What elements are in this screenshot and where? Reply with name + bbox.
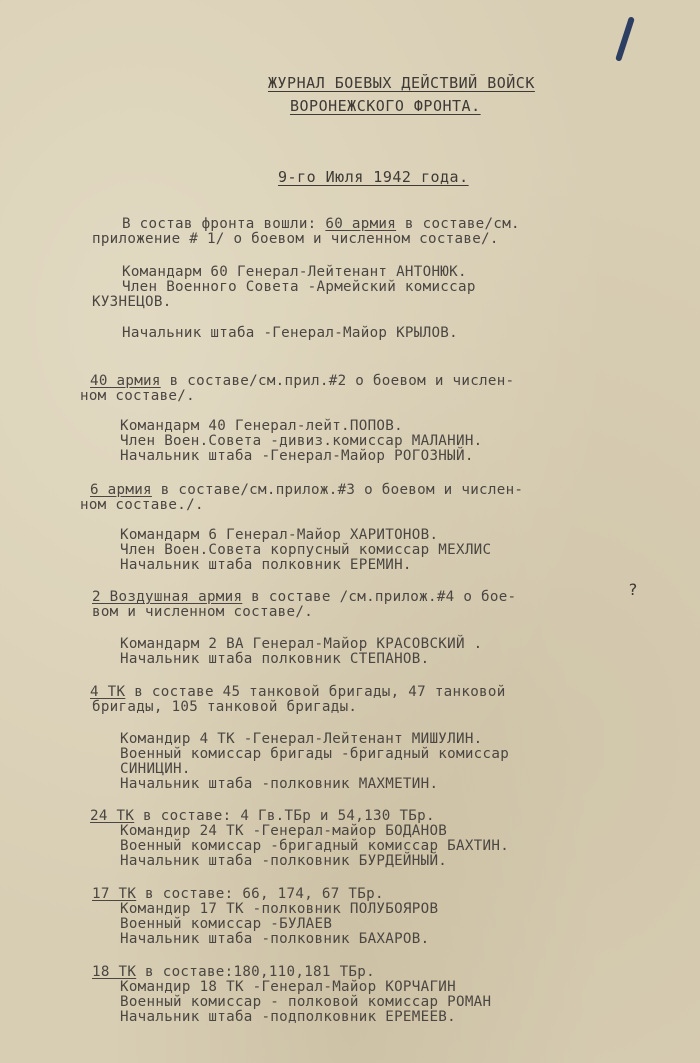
document-title-line1: ЖУРНАЛ БОЕВЫХ ДЕЙСТВИЙ ВОЙСК — [268, 74, 535, 92]
staff-line: Военный комиссар -бригадный комиссар БАХ… — [120, 838, 509, 854]
unit-heading-4-tk: 4 ТК в составе 45 танковой бригады, 47 т… — [90, 684, 506, 700]
staff-line: Военный комиссар -БУЛАЕВ — [120, 916, 332, 932]
staff-line: Командарм 6 Генерал-Майор ХАРИТОНОВ. — [120, 527, 438, 543]
document-title-line2: ВОРОНЕЖСКОГО ФРОНТА. — [290, 97, 481, 115]
staff-line: Член Военного Совета -Армейский комиссар — [122, 279, 476, 295]
staff-line: Член Воен.Совета корпусный комиссар МЕХЛ… — [120, 542, 491, 558]
unit-heading-continuation: ном составе/. — [80, 388, 195, 404]
pen-mark-corner — [615, 16, 635, 62]
unit-heading-6-army: 6 армия в составе/см.прилож.#3 о боевом … — [90, 482, 523, 498]
unit-heading-2-air-army: 2 Воздушная армия в составе /см.прилож.#… — [92, 589, 516, 605]
staff-line: СИНИЦИН. — [120, 761, 191, 777]
staff-line: Командир 24 ТК -Генерал-майор БОДАНОВ — [120, 823, 447, 839]
staff-line: Начальник штаба -полковник БАХАРОВ. — [120, 931, 429, 947]
unit-heading-continuation: вом и численном составе/. — [92, 604, 313, 620]
document-date: 9-го Июля 1942 года. — [278, 168, 469, 186]
staff-line: Военный комиссар бригады -бригадный коми… — [120, 746, 509, 762]
staff-line: Командир 18 ТК -Генерал-Майор КОРЧАГИН — [120, 979, 456, 995]
archival-document-page: ЖУРНАЛ БОЕВЫХ ДЕЙСТВИЙ ВОЙСК ВОРОНЕЖСКОГ… — [0, 0, 700, 1063]
staff-line: Командарм 60 Генерал-Лейтенант АНТОНЮК. — [122, 264, 467, 280]
unit-heading-continuation: ном составе./. — [80, 497, 204, 513]
staff-line: Начальник штаба полковник ЕРЕМИН. — [120, 557, 412, 573]
staff-line: Начальник штаба -полковник МАХМЕТИН. — [120, 776, 438, 792]
staff-line: Начальник штаба -Генерал-Майор РОГОЗНЫЙ. — [120, 448, 474, 464]
staff-line: Начальник штаба -Генерал-Майор КРЫЛОВ. — [122, 325, 458, 341]
intro-line-1: В состав фронта вошли: 60 армия в состав… — [122, 216, 520, 232]
staff-line: Военный комиссар - полковой комиссар РОМ… — [120, 994, 491, 1010]
unit-heading-40-army: 40 армия в составе/см.прил.#2 о боевом и… — [90, 373, 514, 389]
handwritten-question-mark: ? — [628, 580, 638, 599]
staff-line: Начальник штаба -подполковник ЕРЕМЕЕВ. — [120, 1009, 456, 1025]
unit-heading-17-tk: 17 ТК в составе: 66, 174, 67 ТБр. — [92, 886, 384, 902]
staff-line: Командарм 40 Генерал-лейт.ПОПОВ. — [120, 418, 403, 434]
staff-line: Начальник штаба -полковник БУРДЕЙНЫЙ. — [120, 853, 447, 869]
staff-line: КУЗНЕЦОВ. — [92, 294, 172, 310]
unit-heading-18-tk: 18 ТК в составе:180,110,181 ТБр. — [92, 964, 375, 980]
staff-line: Начальник штаба полковник СТЕПАНОВ. — [120, 651, 429, 667]
staff-line: Командир 17 ТК -полковник ПОЛУБОЯРОВ — [120, 901, 438, 917]
staff-line: Командир 4 ТК -Генерал-Лейтенант МИШУЛИН… — [120, 731, 483, 747]
staff-line: Член Воен.Совета -дивиз.комиссар МАЛАНИН… — [120, 433, 483, 449]
staff-line: Командарм 2 ВА Генерал-Майор КРАСОВСКИЙ … — [120, 636, 483, 652]
unit-heading-24-tk: 24 ТК в составе: 4 Гв.ТБр и 54,130 ТБр. — [90, 808, 435, 824]
intro-line-2: приложение # 1/ о боевом и численном сос… — [92, 231, 499, 247]
unit-heading-continuation: бригады, 105 танковой бригады. — [92, 699, 357, 715]
